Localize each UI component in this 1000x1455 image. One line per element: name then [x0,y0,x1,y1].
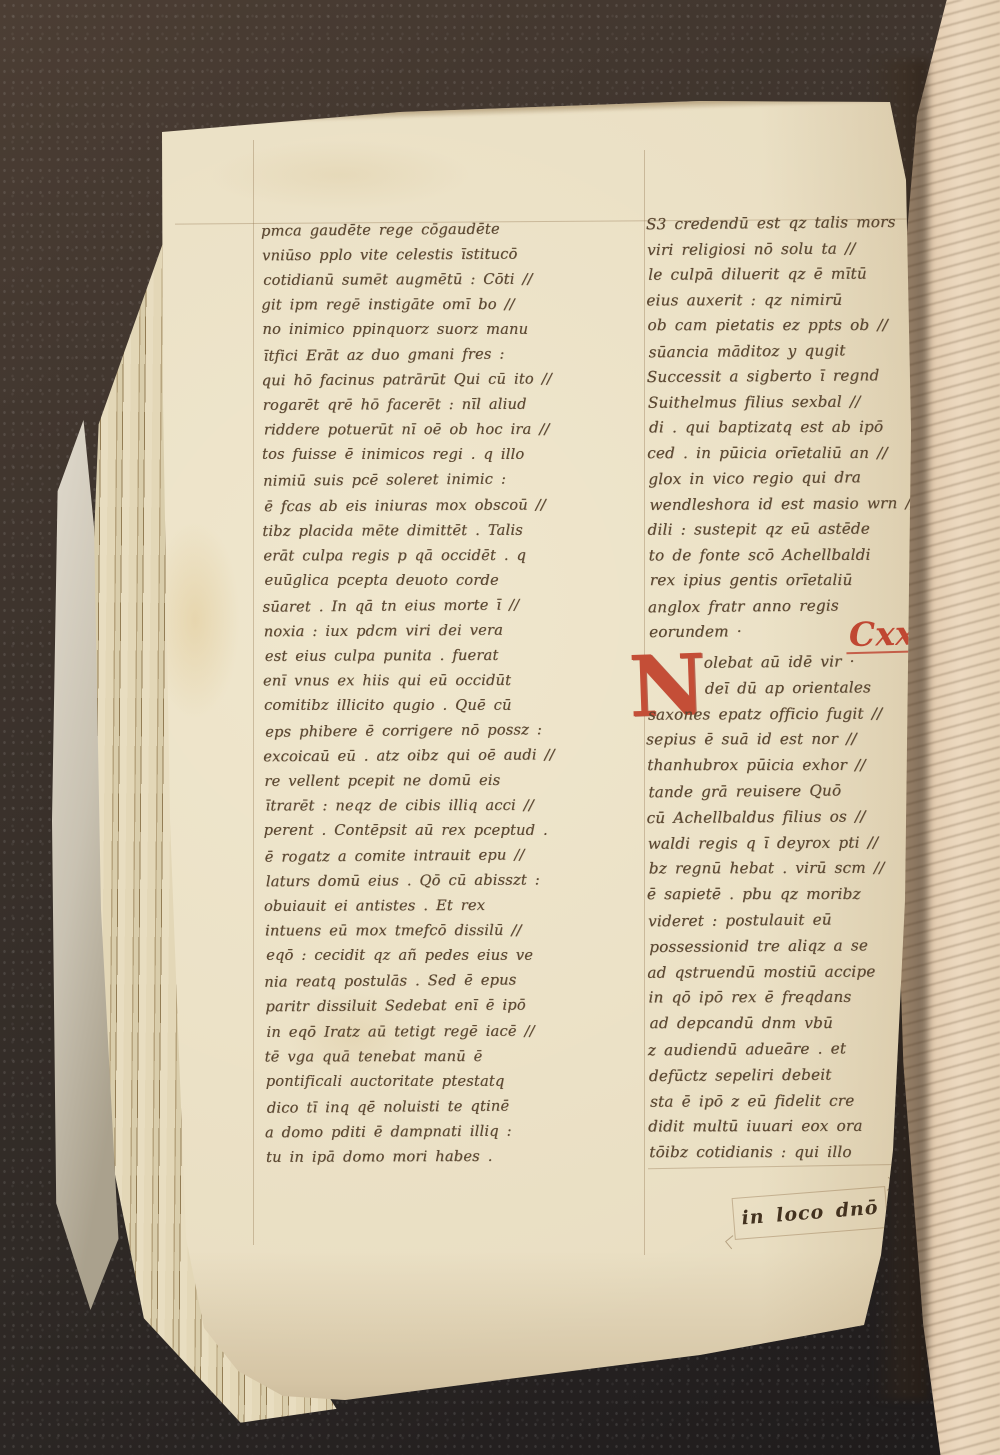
text-line: cotidianū sumēt augmētū : Cōti // [263,266,643,293]
text-line: dili : sustepit qz eū astēde [647,516,915,543]
text-line: in qō ipō rex ē freqdans [648,985,916,1012]
text-line: eps phibere ē corrigere nō possz : [265,716,645,744]
text-line: le culpā diluerit qz ē mītū [648,261,916,288]
text-line: dico tī inq qē noluisti te qtinē [267,1092,647,1120]
text-line: rex ipius gentis orīetaliū [650,568,918,594]
text-line: riddere potuerūt nī oē ob hoc ira // [264,417,644,443]
right-text-column: S3 credendū est qz talis morsviri religi… [646,210,916,645]
text-line: a domo pditi ē dampnati illiq : [265,1117,645,1145]
text-line: ē rogatz a comite intrauit epu // [265,841,645,869]
text-line: pmca gaudēte rege cōgaudēte [261,215,641,243]
text-line: git ipm regē instigāte omī bo // [261,292,641,318]
text-line: comitibz illicito qugio . Quē cū [264,693,644,718]
text-line: S3 credendū est qz talis mors [646,210,914,238]
text-line: laturs domū eius . Qō cū abisszt : [266,867,646,895]
text-line: enī vnus ex hiis qui eū occidūt [263,667,643,693]
text-line: videret : postulauit eū [648,907,916,935]
text-line: paritr dissiluit Sedebat enī ē ipō [265,992,645,1020]
text-line: sūancia māditoz y qugit [648,337,916,365]
text-line: sta ē ipō z eū fidelit cre [650,1088,918,1115]
text-line: no inimico ppinquorz suorz manu [262,317,642,342]
text-line: intuens eū mox tmefcō dissilū // [265,918,645,944]
text-line: ītrarēt : neqz de cibis illiq acci // [265,793,645,819]
text-line: to de fonte scō Achellbaldi [649,542,917,568]
parchment-stain [210,140,470,210]
marginal-note-box: in loco dnō [732,1186,889,1240]
text-line: bz regnū hebat . virū scm // [649,856,917,883]
right-text-column-chapter: olebat aū idē vir ·deī dū ap orientaless… [646,649,917,1166]
text-line: saxones epatz officio fugit // [648,701,916,728]
text-line: cū Achellbaldus filius os // [646,804,914,832]
text-line: olebat aū idē vir · [646,649,914,677]
text-line: rogarēt qrē hō facerēt : nīl aliud [263,391,643,418]
text-line: sūaret . In qā tn eius morte ī // [263,591,643,619]
text-line: defūctz sepeliri debeit [649,1062,917,1090]
text-line: euūglica pcepta deuoto corde [265,568,645,593]
text-line: z audiendū adueāre . et [648,1036,916,1064]
text-line: excoicaū eū . atz oibz qui oē audi // [263,742,643,770]
text-line: est eius culpa punita . fuerat [265,642,645,669]
text-line: nimiū suis pcē soleret inimic : [263,466,643,494]
text-line: nia reatq postulās . Sed ē epus [264,967,644,995]
text-line: glox in vico regio qui dra [648,465,916,493]
text-line: tos fuisse ē inimicos regi . q illo [262,442,642,467]
text-line: erāt culpa regis p qā occidēt . q [263,542,643,568]
text-line: sepius ē suā id est nor // [646,727,914,754]
text-line: tōibz cotidianis : qui illo [649,1140,917,1166]
text-line: obuiauit ei antistes . Et rex [264,892,644,919]
text-line: thanhubrox pūicia exhor // [647,753,915,779]
text-line: wendleshora id est masio wrn // [649,490,917,518]
text-line: ced . in pūicia orīetaliū an // [647,440,915,466]
text-line: eius auxerit : qz nimirū [646,287,914,313]
text-line: qui hō facinus patrārūt Qui cū ito // [262,366,642,394]
text-line: in eqō Iratz aū tetigt regē iacē // [266,1018,646,1045]
text-line: ad depcandū dnm vbū [650,1011,918,1037]
left-text-column: pmca gaudēte rege cōgaudētevniūso pplo v… [261,216,645,1169]
text-line: eqō : cecidit qz añ pedes eius ve [266,943,646,968]
text-line: possessionid tre aliqz a se [649,933,917,961]
ruling-line-vertical-left [253,140,254,1245]
text-line: perent . Contēpsit aū rex pceptud . [264,818,644,843]
text-line: waldi regis q ī deyrox pti // [648,830,916,857]
text-line: noxia : iux pdcm viri dei vera [264,616,644,644]
text-line: ad qstruendū mostiū accipe [647,959,915,986]
text-line: ē sapietē . pbu qz moribz [647,882,915,908]
text-line: ē fcas ab eis iniuras mox obscoū // [264,491,644,519]
manuscript-photo: pmca gaudēte rege cōgaudētevniūso pplo v… [0,0,1000,1455]
text-line: ītfici Erāt az duo gmani fres : [263,341,643,369]
text-line: vniūso pplo vite celestis īstitucō [262,241,642,269]
text-line: deī dū ap orientales [647,675,915,703]
text-line: di . qui baptizatq est ab ipō [649,415,917,441]
text-line: Suithelmus filius sexbal // [648,389,916,416]
text-line: Successit a sigberto ī regnd [647,363,915,391]
text-line: tē vga quā tenebat manū ē [265,1043,645,1069]
text-line: ob cam pietatis ez ppts ob // [647,313,915,339]
text-line: didit multū iuuari eox ora [648,1114,916,1141]
text-line: tande grā reuisere Quō [648,778,916,806]
text-line: viri religiosi nō solu ta // [647,235,915,263]
text-line: tibz placida mēte dimittēt . Talis [262,517,642,544]
text-line: re vellent pcepit ne domū eis [264,767,644,794]
marginal-note-text: in loco dnō [741,1197,879,1230]
page-top-edge [158,93,900,127]
text-line: pontificali auctoritate ptestatq [266,1069,646,1094]
text-line: tu in ipā domo mori habes . [266,1143,646,1170]
